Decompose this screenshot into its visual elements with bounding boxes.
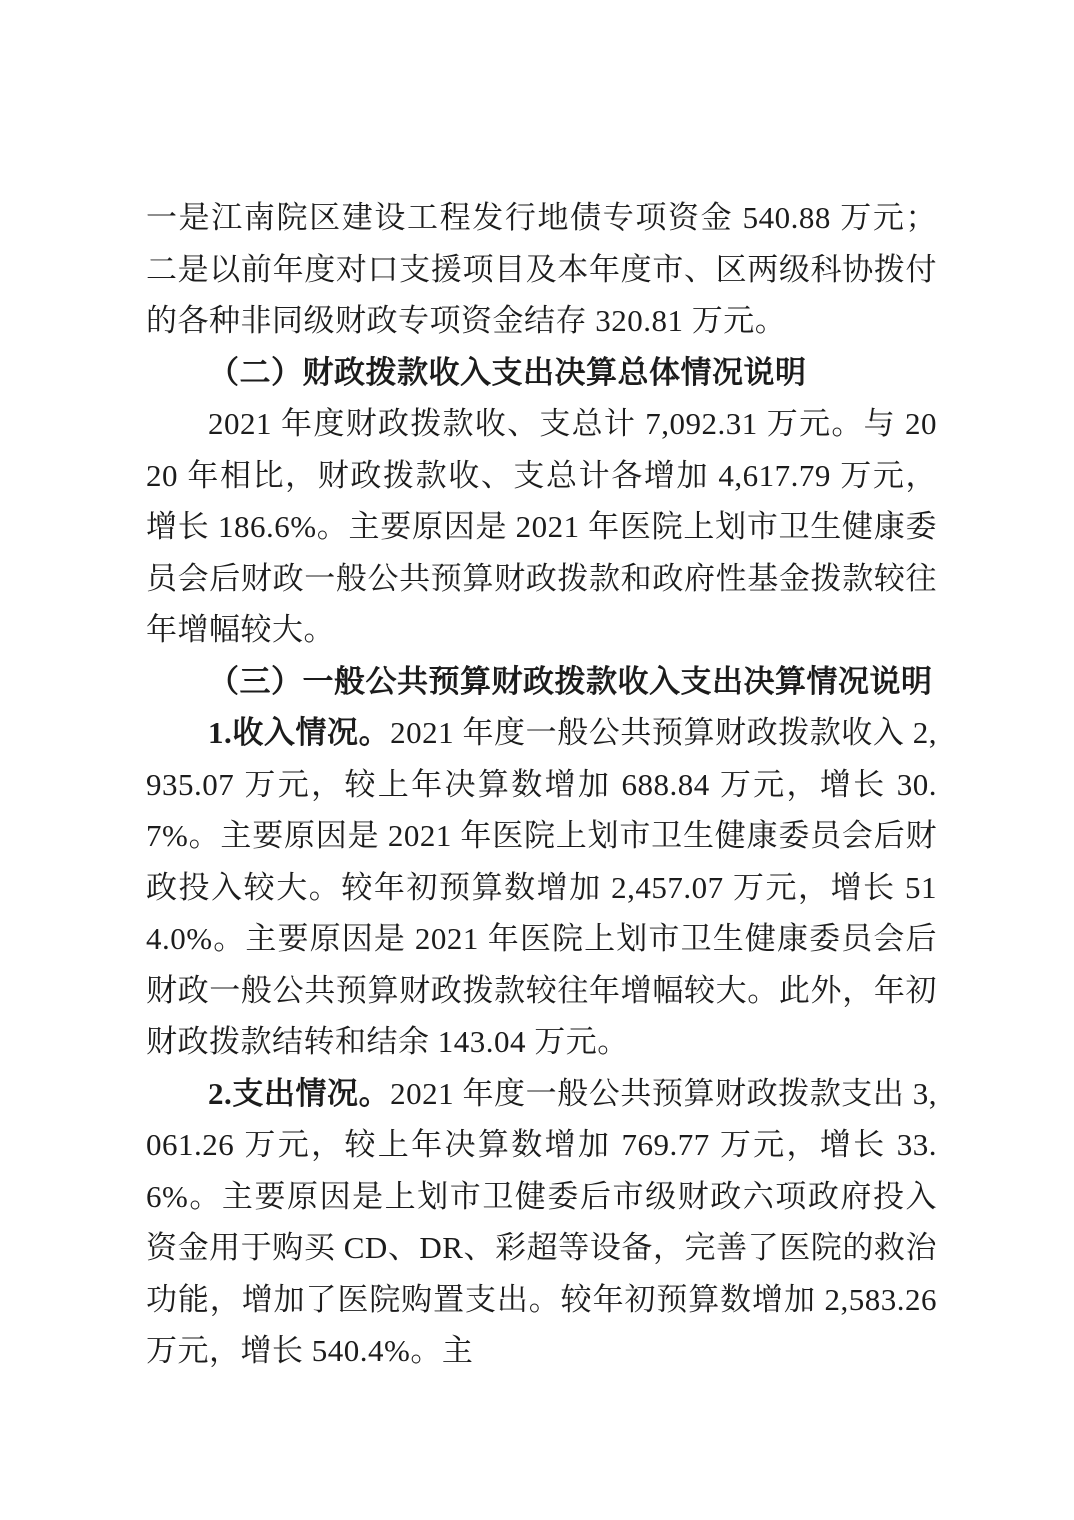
document-page: 一是江南院区建设工程发行地债专项资金 540.88 万元；二是以前年度对口支援项… [0,0,1074,1520]
paragraph-lead-label: 2.支出情况。 [208,1076,390,1111]
paragraph-text: 2021 年度一般公共预算财政拨款收入 2,935.07 万元，较上年决算数增加… [146,715,937,1059]
para-income-situation: 1.收入情况。2021 年度一般公共预算财政拨款收入 2,935.07 万元，较… [146,707,937,1068]
document-content: 一是江南院区建设工程发行地债专项资金 540.88 万元；二是以前年度对口支援项… [146,192,937,1377]
paragraph-text: 2021 年度一般公共预算财政拨款支出 3,061.26 万元，较上年决算数增加… [146,1076,937,1369]
para-expenditure-situation: 2.支出情况。2021 年度一般公共预算财政拨款支出 3,061.26 万元，较… [146,1068,937,1377]
heading-text: （三）一般公共预算财政拨款收入支出决算情况说明 [208,664,933,699]
heading-section-2: （二）财政拨款收入支出决算总体情况说明 [146,347,937,399]
heading-section-3: （三）一般公共预算财政拨款收入支出决算情况说明 [146,656,937,708]
paragraph-text: 2021 年度财政拨款收、支总计 7,092.31 万元。与 2020 年相比，… [146,406,937,647]
paragraph-lead-label: 1.收入情况。 [208,715,390,750]
heading-text: （二）财政拨款收入支出决算总体情况说明 [208,355,807,390]
para-fiscal-appropriation-total: 2021 年度财政拨款收、支总计 7,092.31 万元。与 2020 年相比，… [146,398,937,656]
paragraph-text: 一是江南院区建设工程发行地债专项资金 540.88 万元；二是以前年度对口支援项… [146,200,937,338]
para-carryover-funds-continuation: 一是江南院区建设工程发行地债专项资金 540.88 万元；二是以前年度对口支援项… [146,192,937,347]
